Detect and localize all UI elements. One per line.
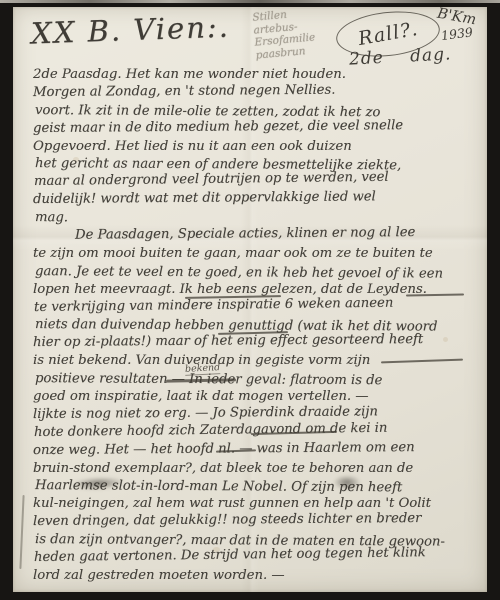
handwritten-line: hier op zi-plaats!) maar of het enig eff… [33,331,481,352]
handwritten-line: De Paasdagen, Speciale acties, klinen er… [33,223,481,244]
ink-smudge [333,475,361,490]
handwritten-line: te zijn om mooi buiten te gaan, maar ook… [33,245,481,263]
circled-note-text: Rall?. [356,18,419,50]
pencil-annotation-block: Stillen artebus- Ersofamilie paasbrun [252,6,317,61]
handwritten-line: duidelijk! wordt wat met dit oppervlakki… [33,188,481,209]
handwritten-line: leven dringen, dat gelukkig!! nog steeds… [33,510,481,531]
letter-paper: XX B. Vien:. Stillen artebus- Ersofamili… [13,7,487,592]
handwritten-line: positieve resultaten — In ieder geval: f… [35,370,483,391]
handwritten-salutation: XX B. Vien:. [30,10,230,51]
handwritten-line: bruin-stond exemplaar?, dat bleek toe te… [33,460,481,478]
corner-date-mark: B'Km 1939 [437,9,476,41]
handwritten-line: onze weg. Het — het hoofd nl. — was in H… [33,438,481,459]
scan-background-mat: XX B. Vien:. Stillen artebus- Ersofamili… [0,0,500,600]
corner-mark-year: 1939 [440,24,477,43]
handwritten-line: geist maar in de dito medium heb gezet, … [33,116,481,137]
handwritten-line: lord zal gestreden moeten worden. — [33,567,481,585]
handwritten-line: Morgen al Zondag, en 't stond negen Nell… [33,80,481,101]
scan-edge-strip [0,0,500,3]
inserted-word-above-line: bekend [185,362,221,376]
letter-body: 2de Paasdag. Het kan me wonder niet houd… [33,66,481,585]
pencil-margin-mark [19,495,24,569]
handwritten-line: gaan. Je eet te veel en te goed, en ik h… [35,263,483,284]
handwritten-line: Opgevoerd. Het lied is nu it aan een ook… [33,138,481,156]
